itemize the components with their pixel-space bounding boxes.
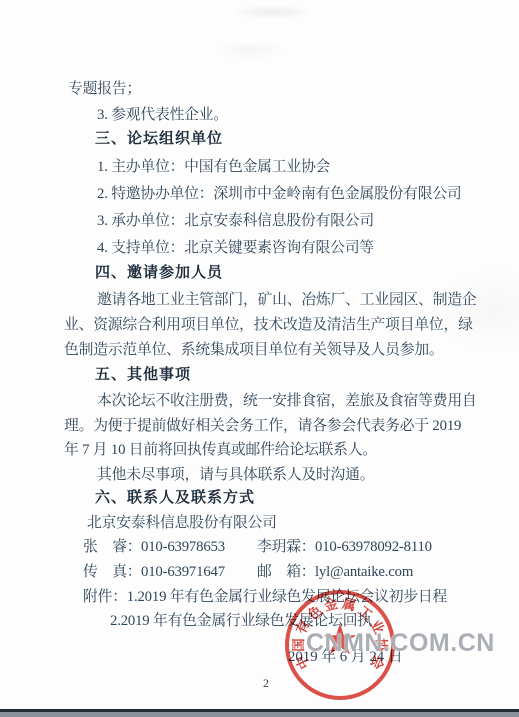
other-line-1: 本次论坛不收注册费，统一安排食宿，差旅及食宿等费用自: [97, 392, 477, 410]
other-line-3: 年 7 月 10 日前将回执传真或邮件给论坛联系人。: [64, 441, 377, 459]
section-heading-invite: 四、邀请参加人员: [95, 264, 223, 282]
contact-company: 北京安泰科信息股份有限公司: [87, 514, 277, 532]
phone-zhang-rui: 010-63978653: [141, 538, 257, 556]
invite-line-1: 邀请各地工业主管部门，矿山、冶炼厂、工业园区、制造企: [97, 291, 477, 309]
email-label: 邮 箱：: [257, 563, 315, 581]
section-heading-org: 三、论坛组织单位: [95, 130, 223, 148]
doc-line-agenda-3: 3. 参观代表性企业。: [97, 106, 228, 124]
watermark-cnmn: CNMN.COM.CN: [306, 629, 495, 658]
other-line-4: 其他未尽事项，请与具体联系人及时沟通。: [97, 466, 374, 484]
invite-line-3: 色制造示范单位、系统集成项目单位有关领导及人员参加。: [64, 341, 444, 359]
org-item-host: 1. 主办单位：中国有色金属工业协会: [97, 158, 330, 176]
contact-row-fax-email: 传 真：010-63971647邮 箱：lyl@antaike.com: [83, 563, 413, 581]
fax-number: 010-63971647: [141, 563, 257, 581]
org-item-undertaker: 3. 承办单位：北京安泰科信息股份有限公司: [97, 212, 374, 230]
contact-row-phones: 张 睿：010-63978653李玥霖：010-63978092-8110: [83, 538, 432, 556]
email-address: lyl@antaike.com: [315, 563, 413, 581]
scanned-document-page: 专题报告； 3. 参观代表性企业。 三、论坛组织单位 1. 主办单位：中国有色金…: [0, 0, 519, 717]
org-item-supporter: 4. 支持单位：北京关键要素咨询有限公司等: [97, 239, 374, 257]
phone-li-yuelin: 010-63978092-8110: [315, 538, 432, 556]
scan-edge-shadow: [0, 712, 519, 717]
invite-line-2: 业、资源综合利用项目单位，技术改造及清洁生产项目单位，绿: [64, 316, 473, 334]
contact-name-zhang-rui: 张 睿：: [83, 538, 141, 556]
org-item-coorganizer: 2. 特邀协办单位：深圳市中金岭南有色金属股份有限公司: [97, 185, 462, 203]
contact-name-li-yuelin: 李玥霖：: [257, 538, 315, 556]
page-number: 2: [263, 676, 269, 691]
section-heading-other: 五、其他事项: [95, 366, 191, 384]
doc-line-lead: 专题报告；: [68, 80, 141, 98]
fax-label: 传 真：: [83, 563, 141, 581]
section-heading-contact: 六、联系人及联系方式: [95, 489, 255, 507]
other-line-2: 理。为便于提前做好相关会务工作，请各参会代表务必于 2019: [64, 417, 461, 435]
